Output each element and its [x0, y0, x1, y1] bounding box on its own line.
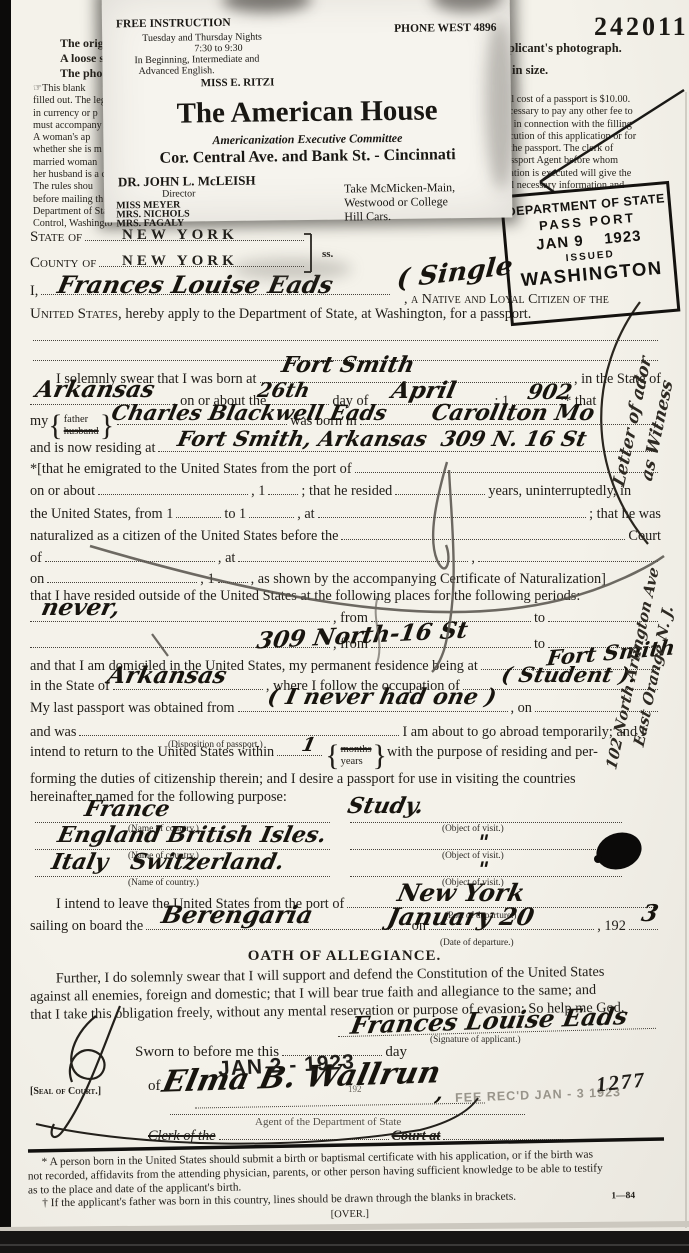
- my-word: my: [30, 411, 48, 431]
- sailing-lead: sailing on board the: [30, 916, 143, 936]
- us-from-line: the United States, from 1to 1, at; that …: [30, 504, 661, 524]
- domiciled-lead: and that I am domiciled in the United St…: [30, 656, 478, 676]
- outside-line: that I have resided outside of the Unite…: [30, 586, 661, 606]
- schedule-line-4: Advanced English.: [138, 65, 214, 77]
- emigrated-line: *[that he emigrated to the United States…: [30, 459, 661, 479]
- born-day-handwriting: 26th: [255, 378, 312, 402]
- right-fragment-size-line: ches in size.: [486, 64, 686, 76]
- us-from: the United States, from 1: [30, 504, 173, 524]
- at-2: , at: [218, 548, 235, 568]
- brace-right-2: }: [373, 743, 387, 769]
- passport-value-handwriting: ( I never had one ): [265, 684, 499, 710]
- seal-of-court-label: [Seal of Court.]: [30, 1086, 101, 1097]
- husband-option: husband: [64, 426, 99, 438]
- country-3-handwriting: Italy Switzerland.: [49, 849, 286, 875]
- passport-lead: My last passport was obtained from: [30, 698, 235, 718]
- one-1: , 1: [251, 481, 265, 501]
- ink-blot: [592, 827, 647, 875]
- date-caption: (Date of departure.): [440, 938, 514, 948]
- state-value: NEW YORK: [122, 227, 238, 244]
- card-title: The American House: [103, 94, 511, 132]
- country-1-handwriting: France: [82, 796, 172, 822]
- county-value: NEW YORK: [122, 253, 238, 270]
- father-name-handwriting: Charles Blackwell Eads: [109, 400, 389, 425]
- apply-united-states: United States,: [30, 304, 122, 324]
- object-1-underline: [350, 820, 622, 823]
- born-place-handwriting: Fort Smith: [279, 352, 417, 378]
- return-tail: with the purpose of residing and per-: [387, 742, 598, 762]
- scan-bottom-band-line: [0, 1244, 689, 1246]
- schedule-line-3: In Beginning, Intermediate and: [134, 54, 259, 67]
- scan-bottom-band: [0, 1231, 689, 1253]
- months-option: months: [341, 744, 372, 756]
- father-birthplace-handwriting: Carollton Mo: [429, 400, 597, 426]
- file-number: 242011: [594, 12, 689, 42]
- on-or-about-line: on or about, 1; that he residedyears, un…: [30, 481, 661, 501]
- right-fragment-photo-line: e applicant's photograph.: [486, 42, 686, 54]
- purpose-2: forming the duties of citizenship therei…: [30, 769, 576, 789]
- sail-date-handwriting: January 20: [385, 902, 537, 931]
- on-2: , on: [511, 698, 532, 718]
- i-word: I,: [30, 281, 38, 301]
- faint-stamp-smudge: [232, 258, 352, 280]
- brace-left: {: [48, 413, 62, 439]
- american-house-card: FREE INSTRUCTION Tuesday and Thursday Ni…: [102, 0, 513, 222]
- brace-left-2: {: [325, 743, 339, 769]
- agent-underline: [170, 1112, 525, 1115]
- comma-sep: ,: [471, 548, 475, 568]
- residing-lead: and is now residing at: [30, 438, 155, 458]
- object-2-caption: (Object of visit.): [442, 851, 504, 861]
- year-192: , 192: [597, 916, 626, 936]
- naturalized-lead: naturalized as a citizen of the United S…: [30, 526, 338, 546]
- father-option: father: [64, 414, 99, 426]
- object-1-handwriting: Study.: [345, 793, 426, 819]
- clerk-struck: Clerk of the: [148, 1126, 216, 1146]
- signature-caption: (Signature of applicant.): [430, 1035, 521, 1045]
- leave-line: I intend to leave the United States from…: [30, 894, 661, 914]
- card-phone: PHONE WEST 4896: [394, 22, 497, 35]
- department-of-state-stamp: DEPARTMENT OF STATE PASS PORT JAN 9 1923…: [500, 181, 681, 326]
- return-lead: intend to return to the United States wi…: [30, 742, 274, 762]
- state-of-label: State of: [30, 227, 82, 247]
- apply-rest: hereby apply to the Department of State,…: [122, 304, 532, 324]
- clerk-line: Clerk of theCourt at: [148, 1126, 629, 1146]
- footnote-form-code: 1—84: [611, 1190, 635, 1204]
- father-residence-handwriting: Fort Smith, Arkansas 309 N. 16 St: [175, 426, 589, 451]
- country-3-caption: (Name of country.): [128, 878, 199, 888]
- blank-line-1: [30, 338, 661, 341]
- to-1: to 1: [224, 504, 246, 524]
- card-address: Cor. Central Ave. and Bank St. - Cincinn…: [104, 146, 512, 169]
- and-was-line: and wasI am about to go abroad temporari…: [30, 722, 661, 742]
- to-word-2: to: [534, 634, 545, 654]
- of-word: of: [30, 548, 42, 568]
- card-smudge-top-left: [222, 0, 312, 13]
- and-was: and was: [30, 722, 76, 742]
- director-title: Director: [162, 188, 195, 199]
- father-husband-stack: fatherhusband: [63, 414, 100, 438]
- scan-left-edge: [0, 0, 11, 1253]
- at-1: , at: [297, 504, 314, 524]
- of-at-line: of, at,: [30, 548, 661, 568]
- transit-note: Take McMicken-Main, Westwood or College …: [344, 180, 456, 223]
- free-instruction-title: FREE INSTRUCTION: [116, 17, 231, 30]
- object-1-caption: (Object of visit.): [442, 824, 504, 834]
- to-word-1: to: [534, 608, 545, 628]
- ss-label: ss.: [322, 248, 333, 260]
- staff-member-3: MRS. FAGALY: [116, 218, 184, 230]
- marital-status-handwriting: ( Single: [396, 251, 514, 295]
- state-of-lead: in the State of: [30, 676, 110, 696]
- born-state-handwriting: Arkansas: [33, 376, 157, 403]
- resided: ; that he resided: [301, 481, 392, 501]
- never-handwriting: never,: [39, 594, 123, 621]
- country-2-handwriting: England British Isles.: [55, 822, 329, 848]
- domicile-state-handwriting: Arkansas: [105, 662, 229, 689]
- court-struck: Court at: [392, 1126, 441, 1146]
- ship-handwriting: Berengaria: [159, 900, 316, 929]
- card-smudge-top-right: [432, 0, 502, 12]
- passport-application-scan: 242011 The origi A loose s The phot ☞Thi…: [0, 0, 689, 1253]
- on-or-about: on or about: [30, 481, 95, 501]
- sailing-line: sailing on board theon, 192: [30, 916, 661, 936]
- instructor-name: MISS E. RITZI: [201, 76, 275, 89]
- purpose-line-2: forming the duties of citizenship therei…: [30, 769, 661, 789]
- months-years-stack: monthsyears: [340, 744, 373, 768]
- emigrated-lead: *[that he emigrated to the United States…: [30, 459, 352, 479]
- footnotes-block: * A person born in the United States sho…: [28, 1148, 672, 1227]
- schedule-line-1: Tuesday and Thursday Nights: [142, 32, 262, 44]
- fee-number: 1277: [595, 1067, 647, 1097]
- years-option: years: [341, 756, 372, 768]
- of-word: of: [148, 1078, 161, 1095]
- return-line: intend to return to the United States wi…: [30, 742, 661, 770]
- schedule-line-2: 7:30 to 9:30: [194, 43, 242, 55]
- naturalized-line: naturalized as a citizen of the United S…: [30, 526, 661, 546]
